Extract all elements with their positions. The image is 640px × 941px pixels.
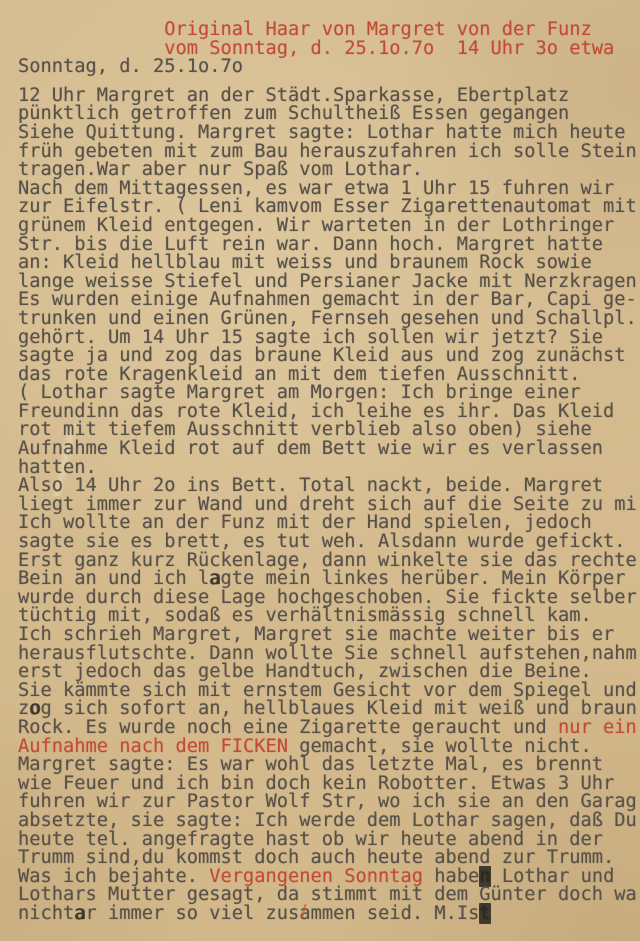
text-segment: nicht: [18, 903, 74, 924]
text-segment: mmen seid. M.Is: [311, 903, 480, 924]
text-line: nichtar immer so viel zusammen seid. M.I…: [18, 905, 640, 924]
text-line: Aufnahme Kleid rot auf dem Bett wie wir …: [18, 440, 640, 459]
text-segment: Aufnahme Kleid rot auf dem Bett wie wir …: [18, 438, 603, 459]
text-segment: Sonntag, d. 25.1o.7o: [18, 56, 243, 77]
text-segment: r immer so viel zus: [86, 903, 300, 924]
typewritten-page: Original Haar von Margret von der Funz v…: [0, 0, 640, 941]
overstrike-blot: t: [479, 903, 490, 924]
text-line: Sonntag, d. 25.1o.7o: [18, 58, 640, 77]
typewritten-text: Original Haar von Margret von der Funz v…: [18, 21, 640, 924]
overstrike-blot: a: [74, 903, 85, 924]
overstrike-blot: a: [299, 903, 310, 924]
